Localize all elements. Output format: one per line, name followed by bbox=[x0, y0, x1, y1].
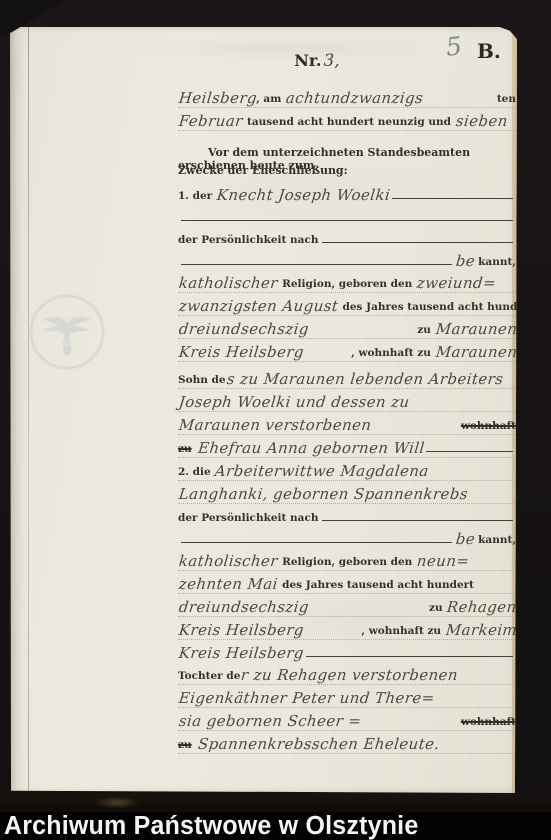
faded-eagle-stamp-icon bbox=[28, 293, 106, 371]
text-segment: des Jahres tausend acht hundert bbox=[343, 301, 535, 315]
form-line: zwanzigsten August des Jahres tausend ac… bbox=[178, 293, 516, 316]
marriage-record-form: Nr.3, Heilsberg, am achtundzwanzigstenFe… bbox=[178, 51, 516, 754]
blank-rule-line bbox=[181, 542, 452, 543]
text-segment: Maraunen bbox=[435, 343, 518, 361]
text-segment: tausend acht hundert neunzig und bbox=[247, 116, 455, 130]
form-line: Langhanki, gebornen Spannenkrebs bbox=[178, 481, 516, 504]
form-line: Kreis Heilsberg, wohnhaft zu Maraunen bbox=[178, 339, 516, 362]
text-segment: kannt, bbox=[474, 534, 516, 548]
text-segment: Markeim bbox=[445, 621, 518, 639]
page-fold-line bbox=[28, 27, 29, 793]
text-segment: neun= bbox=[416, 552, 470, 570]
form-lines: Heilsberg, am achtundzwanzigstenFebruar … bbox=[178, 85, 516, 754]
spine-label-smudge bbox=[95, 797, 139, 808]
form-line: dreiundsechszigzu Maraunen bbox=[178, 316, 516, 339]
text-segment: zwanzigsten August bbox=[178, 297, 344, 315]
text-segment: der Persönlichkeit nach bbox=[178, 512, 319, 526]
form-line: dreiundsechszigzu Rehagen bbox=[178, 594, 516, 617]
form-line: zehnten Mai des Jahres tausend acht hund… bbox=[178, 571, 516, 594]
form-line: be kannt, bbox=[178, 526, 516, 548]
text-segment: Tochter de bbox=[178, 670, 240, 684]
text-segment: zu bbox=[178, 443, 192, 457]
form-line: Maraunen verstorbenenwohnhaft bbox=[178, 412, 516, 435]
text-segment: Heilsberg bbox=[178, 89, 258, 107]
text-segment: be bbox=[455, 252, 476, 270]
text-segment: zu bbox=[178, 739, 192, 753]
text-segment: dreiundsechszig bbox=[178, 320, 310, 338]
text-segment: dreiundsechszig bbox=[178, 598, 310, 616]
form-line: Vor dem unterzeichneten Standesbeamten e… bbox=[178, 146, 516, 164]
text-segment: achtundzwanzigs bbox=[285, 89, 424, 107]
archive-caption-bar: Archiwum Państwowe w Olsztynie bbox=[0, 812, 551, 840]
form-line: be kannt, bbox=[178, 248, 516, 270]
form-line: zu Spannenkrebsschen Eheleute. bbox=[178, 731, 516, 754]
text-segment: kannt, bbox=[474, 256, 516, 270]
archive-name: Archiwum Państwowe w Olsztynie bbox=[0, 811, 418, 840]
text-segment: Langhanki, gebornen Spannenkrebs bbox=[178, 485, 469, 503]
form-line: 2. die Arbeiterwittwe Magdalena bbox=[178, 458, 516, 481]
text-segment: Sohn de bbox=[178, 374, 226, 388]
text-segment: Kreis Heilsberg bbox=[178, 343, 305, 361]
record-number-label: Nr. bbox=[294, 51, 321, 70]
text-segment: Religion, geboren den bbox=[282, 278, 416, 292]
text-segment: r zu Rehagen verstorbenen bbox=[240, 666, 459, 684]
text-segment: Maraunen bbox=[435, 320, 518, 338]
text-segment: Maraunen verstorbenen bbox=[178, 416, 372, 434]
form-line: Joseph Woelki und dessen zu bbox=[178, 389, 516, 412]
text-segment: Spannenkrebsschen Eheleute. bbox=[192, 735, 441, 753]
blank-rule-line bbox=[181, 264, 452, 265]
text-segment: s zu Maraunen lebenden Arbeiters bbox=[226, 370, 504, 388]
blank-rule-line bbox=[426, 451, 513, 452]
text-segment: zweiund= bbox=[416, 274, 497, 292]
form-line: der Persönlichkeit nach bbox=[178, 504, 516, 526]
form-line: Eigenkäthner Peter und There= bbox=[178, 685, 516, 708]
text-segment: Arbeiterwittwe Magdalena bbox=[214, 462, 430, 480]
text-segment: 1. der bbox=[178, 190, 216, 204]
text-segment: katholischer bbox=[178, 274, 284, 292]
text-segment: be bbox=[455, 530, 476, 548]
text-segment: , wohnhaft zu bbox=[351, 347, 434, 361]
text-segment: zehnten Mai bbox=[178, 575, 284, 593]
text-segment: katholischer bbox=[178, 552, 284, 570]
form-line: katholischer Religion, geboren den zweiu… bbox=[178, 270, 516, 293]
blank-rule-line bbox=[392, 198, 513, 199]
text-segment: , wohnhaft zu bbox=[361, 625, 444, 639]
form-line: Sohn des zu Maraunen lebenden Arbeiters bbox=[178, 366, 516, 389]
blank-rule-line bbox=[306, 656, 513, 657]
text-segment: wohnhaft bbox=[461, 420, 516, 434]
blank-rule-line bbox=[181, 220, 513, 221]
book-bottom-edge bbox=[0, 793, 551, 812]
form-line: der Persönlichkeit nach bbox=[178, 226, 516, 248]
text-segment: Februar bbox=[178, 112, 249, 130]
form-line: Februar tausend acht hundert neunzig und… bbox=[178, 108, 516, 131]
record-number: Nr.3, bbox=[178, 51, 516, 73]
form-line: Tochter der zu Rehagen verstorbenen bbox=[178, 662, 516, 685]
record-number-value: 3, bbox=[323, 51, 339, 71]
text-segment: sia gebornen Scheer = bbox=[178, 712, 362, 730]
text-segment: sieben bbox=[455, 112, 509, 130]
text-segment: Joseph Woelki und dessen zu bbox=[178, 393, 411, 411]
form-line: Zwecke der Eheschließung: bbox=[178, 164, 516, 182]
text-segment: zu bbox=[417, 324, 434, 338]
text-segment: des Jahres tausend acht hundert bbox=[282, 579, 474, 593]
text-segment: ten bbox=[497, 93, 516, 107]
registry-book-page: 5 B. Nr.3, Heilsberg, am achtundzwanzigs… bbox=[10, 27, 517, 793]
text-segment: Rehagen bbox=[446, 598, 518, 616]
blank-rule-line bbox=[322, 520, 513, 521]
form-line: 1. der Knecht Joseph Woelki bbox=[178, 182, 516, 204]
text-segment: , am bbox=[256, 93, 285, 107]
text-segment: Eigenkäthner Peter und There= bbox=[178, 689, 436, 707]
text-segment: Kreis Heilsberg bbox=[178, 621, 305, 639]
text-segment: Knecht Joseph Woelki bbox=[216, 186, 391, 204]
text-segment: Religion, geboren den bbox=[282, 556, 416, 570]
form-line: Kreis Heilsberg bbox=[178, 640, 516, 662]
text-segment: zu bbox=[429, 602, 446, 616]
form-line: katholischer Religion, geboren den neun= bbox=[178, 548, 516, 571]
form-line bbox=[178, 204, 516, 226]
text-segment: 2. die bbox=[178, 466, 214, 480]
blank-rule-line bbox=[322, 242, 513, 243]
text-segment: wohnhaft bbox=[461, 716, 516, 730]
text-segment: Kreis Heilsberg bbox=[178, 644, 305, 662]
form-line: sia gebornen Scheer =wohnhaft bbox=[178, 708, 516, 731]
text-segment: der Persönlichkeit nach bbox=[178, 234, 319, 248]
form-line: Kreis Heilsberg, wohnhaft zu Markeim bbox=[178, 617, 516, 640]
form-line: Heilsberg, am achtundzwanzigsten bbox=[178, 85, 516, 108]
text-segment: Ehefrau Anna gebornen Will bbox=[192, 439, 426, 457]
form-line: zu Ehefrau Anna gebornen Will bbox=[178, 435, 516, 458]
